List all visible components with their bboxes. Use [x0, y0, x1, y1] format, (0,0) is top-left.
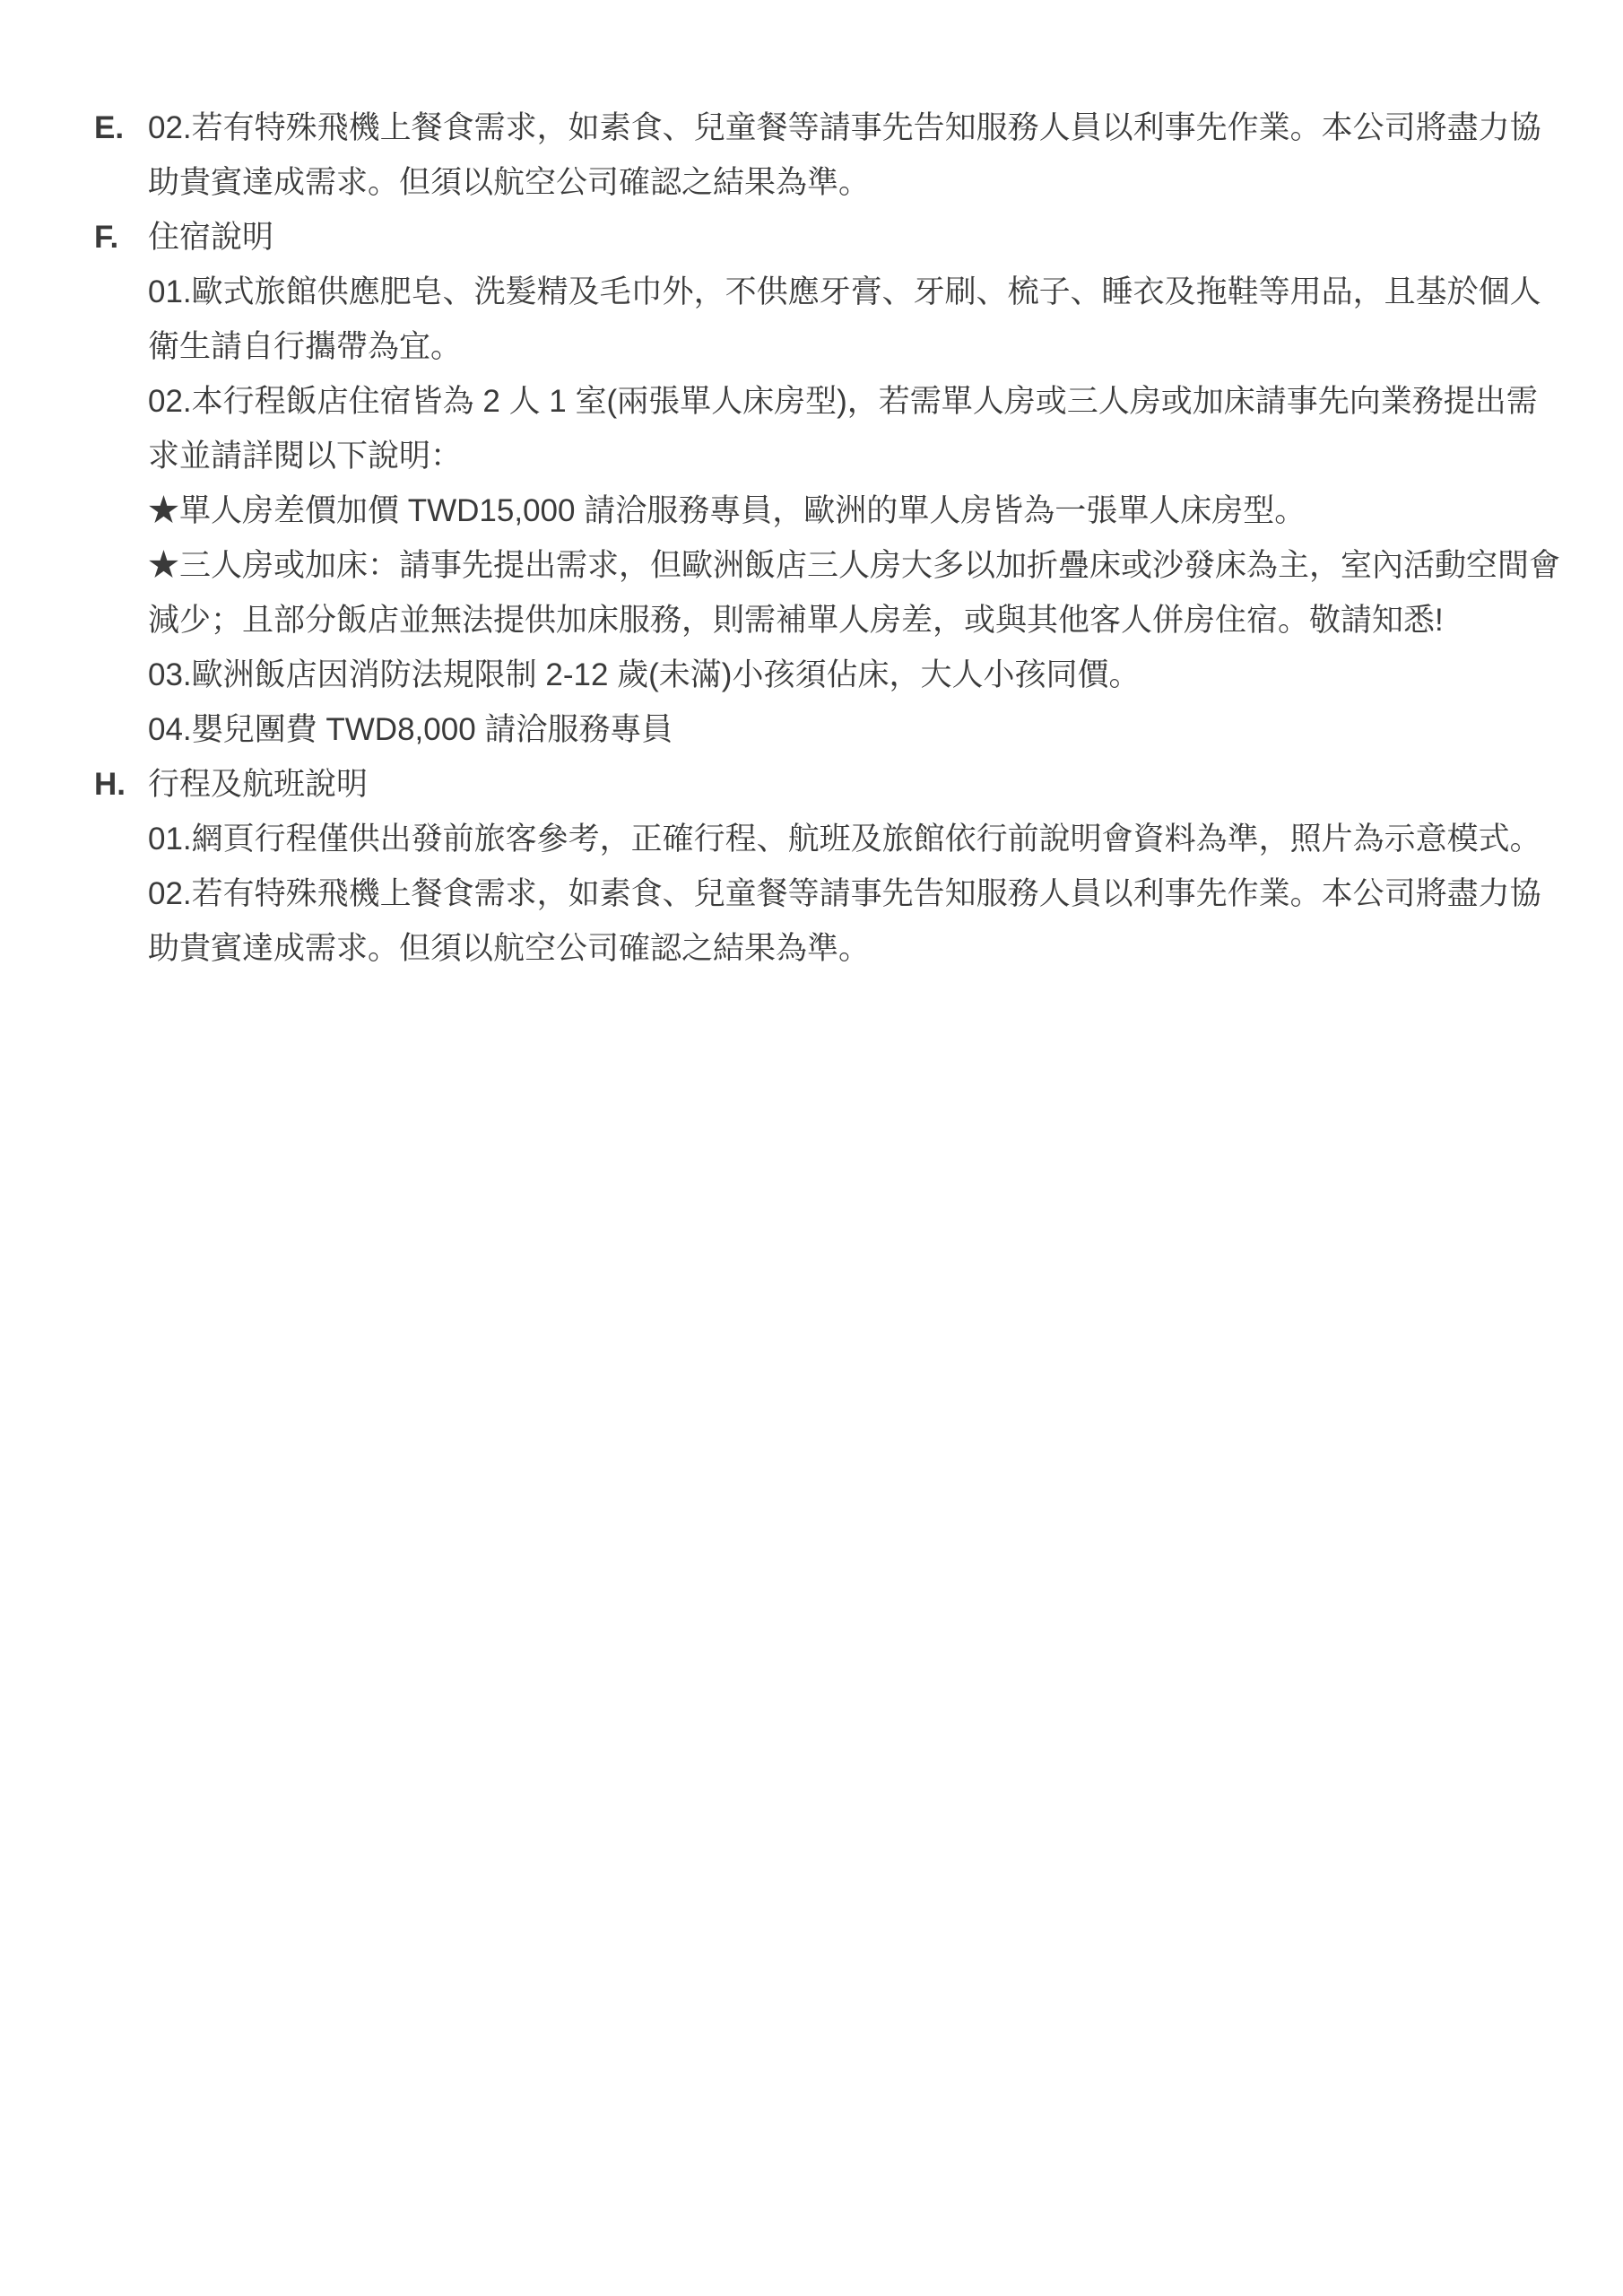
clause-text: 04.嬰兒團費 TWD8,000 請洽服務專員	[148, 702, 1565, 757]
section-content: 行程及航班說明01.網頁行程僅供出發前旅客參考，正確行程、航班及旅館依行前說明會…	[148, 757, 1565, 976]
section-letter: H.	[94, 757, 148, 812]
clause-text: ★單人房差價加價 TWD15,000 請洽服務專員，歐洲的單人房皆為一張單人床房…	[148, 483, 1565, 538]
document-page: E.02.若有特殊飛機上餐食需求，如素食、兒童餐等請事先告知服務人員以利事先作業…	[0, 0, 1623, 2296]
section-title: 住宿說明	[148, 210, 1565, 265]
section-h: H.行程及航班說明01.網頁行程僅供出發前旅客參考，正確行程、航班及旅館依行前說…	[94, 757, 1567, 976]
section-content: 02.若有特殊飛機上餐食需求，如素食、兒童餐等請事先告知服務人員以利事先作業。本…	[148, 100, 1565, 210]
clause-text: 02.若有特殊飛機上餐食需求，如素食、兒童餐等請事先告知服務人員以利事先作業。本…	[148, 100, 1565, 210]
clause-text: 01.網頁行程僅供出發前旅客參考，正確行程、航班及旅館依行前說明會資料為準，照片…	[148, 812, 1565, 866]
clause-text: 02.本行程飯店住宿皆為 2 人 1 室(兩張單人床房型)，若需單人房或三人房或…	[148, 374, 1565, 483]
sections-container: E.02.若有特殊飛機上餐食需求，如素食、兒童餐等請事先告知服務人員以利事先作業…	[94, 100, 1567, 976]
clause-text: ★三人房或加床：請事先提出需求，但歐洲飯店三人房大多以加折疊床或沙發床為主，室內…	[148, 538, 1565, 648]
section-letter: F.	[94, 210, 148, 265]
section-letter: E.	[94, 100, 148, 155]
clause-text: 02.若有特殊飛機上餐食需求，如素食、兒童餐等請事先告知服務人員以利事先作業。本…	[148, 866, 1565, 976]
section-f: F.住宿說明01.歐式旅館供應肥皂、洗髮精及毛巾外，不供應牙膏、牙刷、梳子、睡衣…	[94, 210, 1567, 757]
section-content: 住宿說明01.歐式旅館供應肥皂、洗髮精及毛巾外，不供應牙膏、牙刷、梳子、睡衣及拖…	[148, 210, 1565, 757]
clause-text: 01.歐式旅館供應肥皂、洗髮精及毛巾外，不供應牙膏、牙刷、梳子、睡衣及拖鞋等用品…	[148, 265, 1565, 374]
clause-text: 03.歐洲飯店因消防法規限制 2-12 歲(未滿)小孩須佔床，大人小孩同價。	[148, 648, 1565, 702]
section-e: E.02.若有特殊飛機上餐食需求，如素食、兒童餐等請事先告知服務人員以利事先作業…	[94, 100, 1567, 210]
section-title: 行程及航班說明	[148, 757, 1565, 812]
